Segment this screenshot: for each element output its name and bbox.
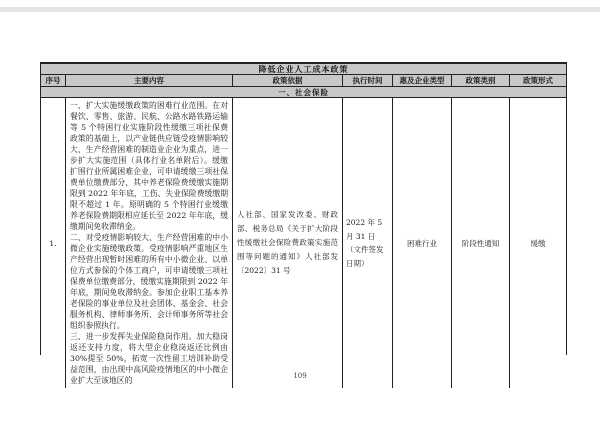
seq-cell: 1. <box>41 98 66 388</box>
column-header-policy-category: 政策类别 <box>452 75 510 86</box>
policy-category-cell: 阶段性通知 <box>452 98 510 388</box>
column-header-enterprise-type: 惠及企业类型 <box>393 75 452 86</box>
policy-table: 降低企业人工成本政策 序号 主要内容 政策依据 执行时间 惠及企业类型 政策类别… <box>40 62 567 355</box>
policy-basis-text: 人社部、国家发改委、财政部、税务总局《关于扩大阶段性缓缴社会保险费政策实施范围等… <box>233 208 342 278</box>
enterprise-type-cell: 困难行业 <box>393 98 452 388</box>
page-number: 109 <box>0 372 600 380</box>
column-header-policy-form: 政策形式 <box>510 75 566 86</box>
column-header-seq: 序号 <box>41 75 66 86</box>
column-header-main-content: 主要内容 <box>66 75 233 86</box>
policy-basis-cell: 人社部、国家发改委、财政部、税务总局《关于扩大阶段性缓缴社会保险费政策实施范围等… <box>233 98 343 388</box>
page-edge-divider <box>0 7 600 12</box>
exec-time-cell: 2022 年 5 月 31 日（文件签发日期） <box>343 98 393 388</box>
exec-time-text: 2022 年 5 月 31 日（文件签发日期） <box>343 216 392 270</box>
content-paragraph-1: 一、扩大实施缓缴政策的困难行业范围。在对餐饮、零售、旅游、民航、公路水路铁路运输… <box>70 100 228 232</box>
table-row: 1. 一、扩大实施缓缴政策的困难行业范围。在对餐饮、零售、旅游、民航、公路水路铁… <box>41 98 566 388</box>
section-row-social-insurance: 一、社会保险 <box>41 87 566 98</box>
document-page: 降低企业人工成本政策 序号 主要内容 政策依据 执行时间 惠及企业类型 政策类别… <box>0 0 600 424</box>
table-header-row: 序号 主要内容 政策依据 执行时间 惠及企业类型 政策类别 政策形式 <box>41 75 566 87</box>
table-title: 降低企业人工成本政策 <box>41 64 566 75</box>
main-content-cell: 一、扩大实施缓缴政策的困难行业范围。在对餐饮、零售、旅游、民航、公路水路铁路运输… <box>66 98 233 388</box>
content-paragraph-2: 二、对受疫情影响较大、生产经营困难的中小微企业实施缓缴政策。受疫情影响严重地区生… <box>70 232 228 331</box>
column-header-exec-time: 执行时间 <box>343 75 393 86</box>
column-header-policy-basis: 政策依据 <box>233 75 343 86</box>
policy-form-cell: 缓缴 <box>510 98 566 388</box>
